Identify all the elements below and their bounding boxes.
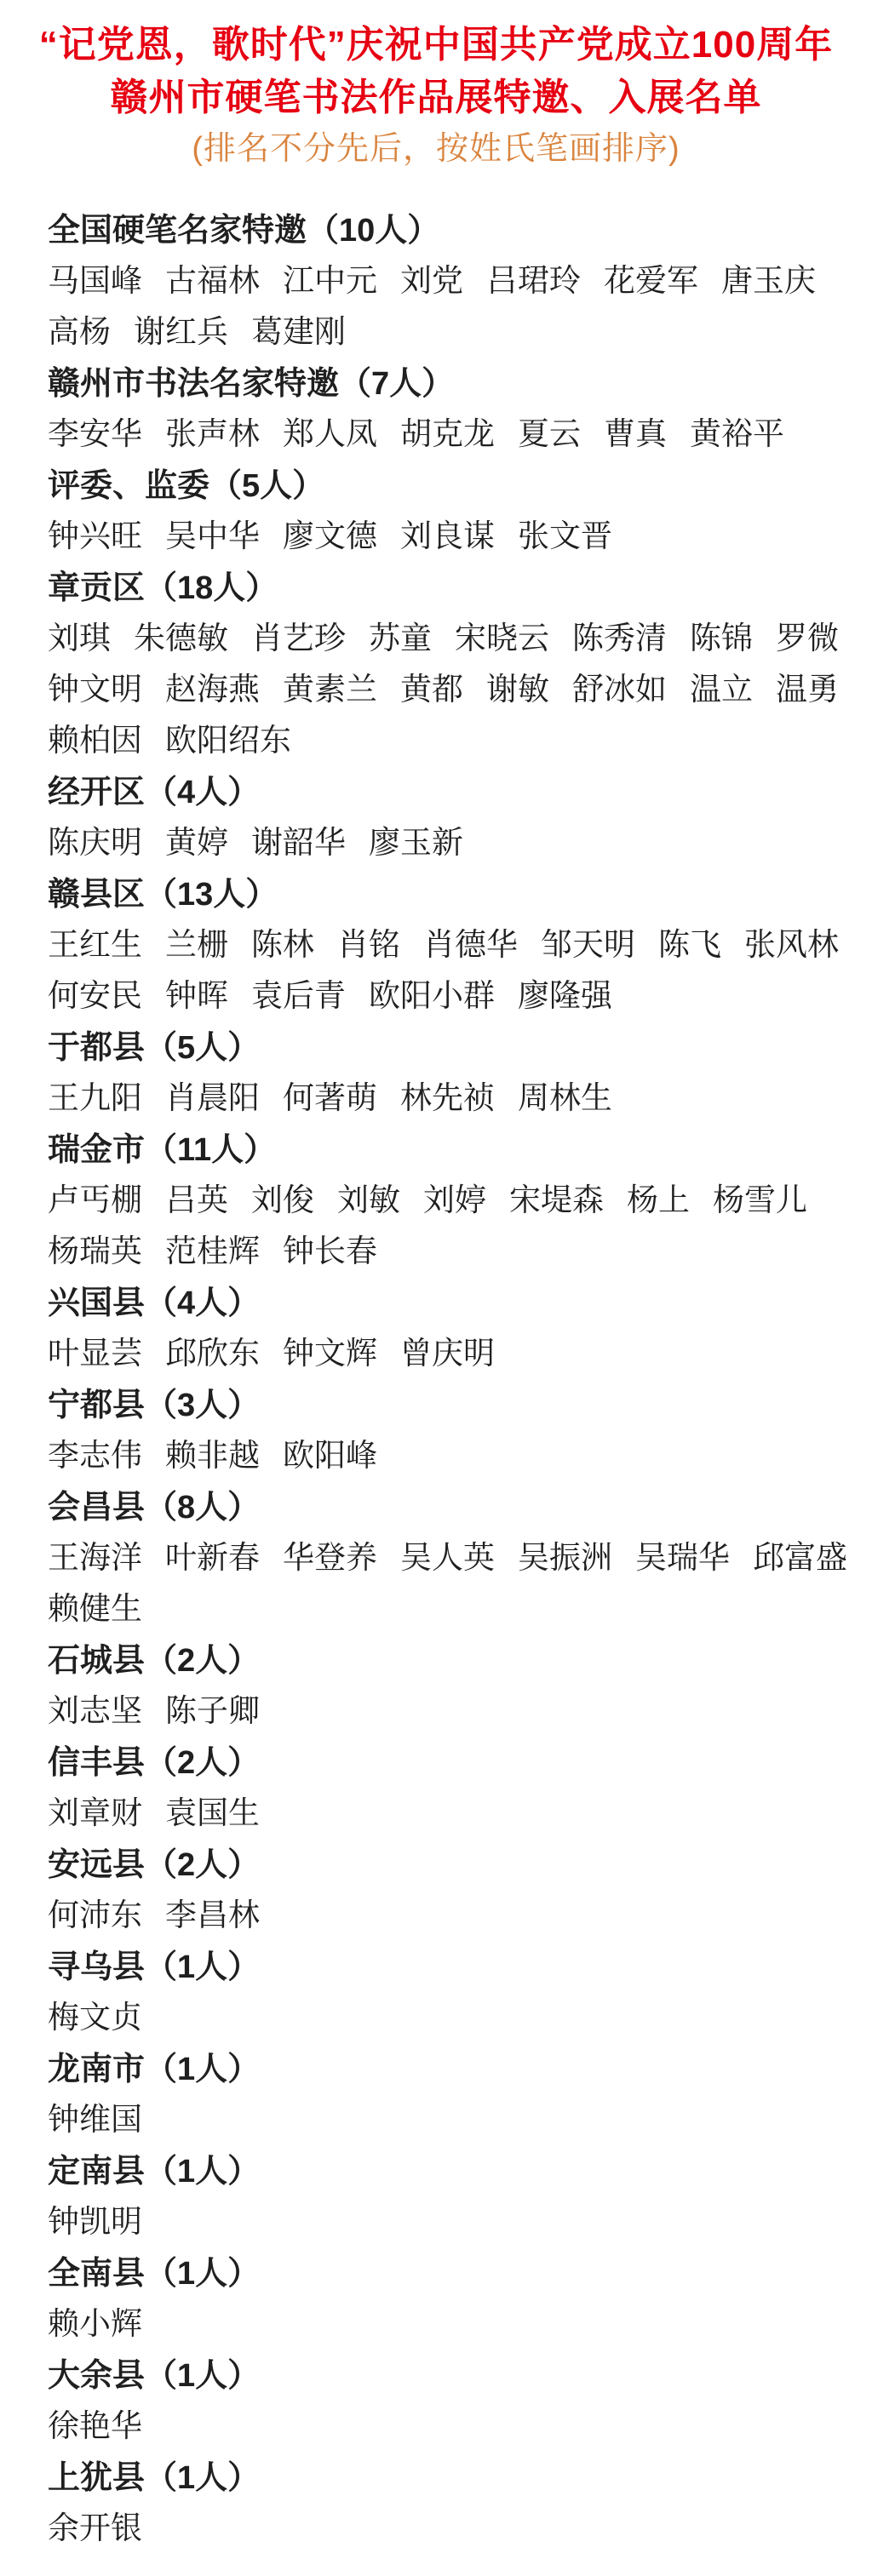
person-name: 范桂辉 xyxy=(165,1225,260,1271)
name-row: 何沛东李昌林 xyxy=(48,1886,857,1938)
person-name: 温勇 xyxy=(776,663,839,709)
person-name: 叶显芸 xyxy=(48,1327,142,1373)
person-name: 谢敏 xyxy=(486,663,549,709)
person-name: 何沛东 xyxy=(48,1889,142,1935)
person-name: 叶新春 xyxy=(165,1531,260,1577)
person-name: 邹天明 xyxy=(541,919,635,965)
person-name: 赖小辉 xyxy=(48,2298,142,2344)
person-name: 郑人凤 xyxy=(283,408,377,454)
page-subtitle: (排名不分先后，按姓氏笔画排序) xyxy=(0,124,872,174)
section-heading: 全国硬笔名家特邀（10人） xyxy=(48,201,857,252)
name-row: 马国峰古福林江中元刘党吕珺玲花爱军唐玉庆 xyxy=(48,252,857,303)
person-name: 王海洋 xyxy=(48,1531,142,1577)
person-name: 黄都 xyxy=(400,663,463,709)
person-name: 唐玉庆 xyxy=(721,255,816,301)
person-name: 徐艳华 xyxy=(48,2400,142,2446)
person-name: 刘俊 xyxy=(251,1174,314,1220)
section-heading: 寻乌县（1人） xyxy=(48,1938,857,1989)
person-name: 宋晓云 xyxy=(455,612,549,658)
name-row: 李安华张声林郑人凤胡克龙夏云曹真黄裕平 xyxy=(48,405,857,456)
name-list: 全国硬笔名家特邀（10人）马国峰古福林江中元刘党吕珺玲花爱军唐玉庆高杨谢红兵葛建… xyxy=(0,201,872,2550)
person-name: 谢韶华 xyxy=(251,816,346,862)
person-name: 花爱军 xyxy=(604,255,698,301)
person-name: 钟兴旺 xyxy=(48,510,142,556)
person-name: 温立 xyxy=(690,663,753,709)
person-name: 钟长春 xyxy=(283,1225,377,1271)
name-row: 刘琪朱德敏肖艺珍苏童宋晓云陈秀清陈锦罗微 xyxy=(48,610,857,661)
name-row: 杨瑞英范桂辉钟长春 xyxy=(48,1222,857,1274)
page-title-line2: 赣州市硬笔书法作品展特邀、入展名单 xyxy=(0,72,872,124)
person-name: 兰栅 xyxy=(165,919,228,965)
name-row: 梅文贞 xyxy=(48,1989,857,2040)
document-header: “记党恩，歌时代”庆祝中国共产党成立100周年 赣州市硬笔书法作品展特邀、入展名… xyxy=(0,0,872,174)
section-heading: 安远县（2人） xyxy=(48,1835,857,1886)
name-row: 钟维国 xyxy=(48,2091,857,2142)
section-heading: 兴国县（4人） xyxy=(48,1274,857,1325)
person-name: 卢丐棚 xyxy=(48,1174,142,1220)
person-name: 李昌林 xyxy=(165,1889,260,1935)
person-name: 余开银 xyxy=(48,2502,142,2548)
person-name: 肖艺珍 xyxy=(251,612,346,658)
person-name: 吴瑞华 xyxy=(635,1531,730,1577)
person-name: 何著萌 xyxy=(283,1072,377,1118)
person-name: 肖晨阳 xyxy=(165,1072,260,1118)
section-heading: 会昌县（8人） xyxy=(48,1478,857,1529)
person-name: 刘志坚 xyxy=(48,1685,142,1731)
name-row: 王九阳肖晨阳何著萌林先祯周林生 xyxy=(48,1069,857,1120)
person-name: 钟文辉 xyxy=(283,1327,377,1373)
person-name: 肖德华 xyxy=(423,919,518,965)
name-row: 赖小辉 xyxy=(48,2295,857,2346)
person-name: 赖柏因 xyxy=(48,714,142,760)
name-row: 徐艳华 xyxy=(48,2397,857,2448)
section-heading: 章贡区（18人） xyxy=(48,558,857,610)
person-name: 陈锦 xyxy=(690,612,753,658)
person-name: 赖非越 xyxy=(165,1429,260,1475)
page-title-line1: “记党恩，歌时代”庆祝中国共产党成立100周年 xyxy=(0,19,872,72)
section-heading: 宁都县（3人） xyxy=(48,1376,857,1427)
person-name: 朱德敏 xyxy=(134,612,228,658)
person-name: 陈飞 xyxy=(658,919,721,965)
section-heading: 赣县区（13人） xyxy=(48,865,857,916)
name-row: 钟文明赵海燕黄素兰黄都谢敏舒冰如温立温勇 xyxy=(48,661,857,712)
person-name: 张文晋 xyxy=(518,510,612,556)
section-heading: 信丰县（2人） xyxy=(48,1733,857,1784)
name-row: 叶显芸邱欣东钟文辉曾庆明 xyxy=(48,1325,857,1376)
name-row: 李志伟赖非越欧阳峰 xyxy=(48,1427,857,1478)
section-heading: 经开区（4人） xyxy=(48,763,857,814)
person-name: 黄裕平 xyxy=(690,408,784,454)
person-name: 欧阳小群 xyxy=(369,970,495,1016)
person-name: 刘婷 xyxy=(423,1174,486,1220)
person-name: 苏童 xyxy=(369,612,432,658)
person-name: 邱欣东 xyxy=(165,1327,260,1373)
person-name: 杨上 xyxy=(627,1174,690,1220)
person-name: 林先祯 xyxy=(400,1072,495,1118)
section-heading: 赣州市书法名家特邀（7人） xyxy=(48,354,857,405)
name-row: 刘志坚陈子卿 xyxy=(48,1682,857,1733)
person-name: 赵海燕 xyxy=(165,663,260,709)
section-heading: 瑞金市（11人） xyxy=(48,1120,857,1171)
person-name: 舒冰如 xyxy=(572,663,667,709)
person-name: 钟文明 xyxy=(48,663,142,709)
person-name: 欧阳峰 xyxy=(283,1429,377,1475)
section-heading: 定南县（1人） xyxy=(48,2142,857,2193)
person-name: 张声林 xyxy=(165,408,260,454)
name-row: 钟凯明 xyxy=(48,2193,857,2244)
name-row: 陈庆明黄婷谢韶华廖玉新 xyxy=(48,814,857,865)
person-name: 梅文贞 xyxy=(48,1991,142,2037)
person-name: 邱富盛 xyxy=(753,1531,847,1577)
person-name: 宋堤森 xyxy=(509,1174,604,1220)
person-name: 王九阳 xyxy=(48,1072,142,1118)
person-name: 吴人英 xyxy=(400,1531,495,1577)
name-row: 余开银 xyxy=(48,2499,857,2550)
person-name: 江中元 xyxy=(283,255,377,301)
person-name: 曾庆明 xyxy=(400,1327,495,1373)
person-name: 赖健生 xyxy=(48,1583,142,1629)
person-name: 刘敏 xyxy=(337,1174,400,1220)
person-name: 吴振洲 xyxy=(518,1531,612,1577)
person-name: 刘章财 xyxy=(48,1787,142,1833)
section-heading: 大余县（1人） xyxy=(48,2346,857,2397)
announcement-page: “记党恩，歌时代”庆祝中国共产党成立100周年 赣州市硬笔书法作品展特邀、入展名… xyxy=(0,0,872,2576)
person-name: 吕英 xyxy=(165,1174,228,1220)
person-name: 廖文德 xyxy=(283,510,377,556)
name-row: 高杨谢红兵葛建刚 xyxy=(48,303,857,354)
person-name: 周林生 xyxy=(518,1072,612,1118)
person-name: 吕珺玲 xyxy=(486,255,581,301)
person-name: 华登养 xyxy=(283,1531,377,1577)
section-heading: 评委、监委（5人） xyxy=(48,456,857,507)
person-name: 李志伟 xyxy=(48,1429,142,1475)
person-name: 肖铭 xyxy=(337,919,400,965)
person-name: 古福林 xyxy=(165,255,260,301)
section-heading: 上犹县（1人） xyxy=(48,2448,857,2499)
section-heading: 全南县（1人） xyxy=(48,2244,857,2295)
section-heading: 石城县（2人） xyxy=(48,1631,857,1682)
person-name: 张风林 xyxy=(744,919,839,965)
person-name: 何安民 xyxy=(48,970,142,1016)
person-name: 葛建刚 xyxy=(251,306,346,352)
section-heading: 龙南市（1人） xyxy=(48,2040,857,2091)
person-name: 谢红兵 xyxy=(134,306,228,352)
name-row: 王红生兰栅陈林肖铭肖德华邹天明陈飞张风林 xyxy=(48,916,857,967)
person-name: 高杨 xyxy=(48,306,111,352)
person-name: 陈庆明 xyxy=(48,816,142,862)
person-name: 胡克龙 xyxy=(400,408,495,454)
person-name: 黄素兰 xyxy=(283,663,377,709)
person-name: 钟凯明 xyxy=(48,2195,142,2241)
person-name: 罗微 xyxy=(776,612,839,658)
person-name: 陈子卿 xyxy=(165,1685,260,1731)
person-name: 廖隆强 xyxy=(518,970,612,1016)
person-name: 廖玉新 xyxy=(369,816,463,862)
person-name: 黄婷 xyxy=(165,816,228,862)
person-name: 钟维国 xyxy=(48,2093,142,2139)
person-name: 袁国生 xyxy=(165,1787,260,1833)
person-name: 陈秀清 xyxy=(572,612,667,658)
person-name: 王红生 xyxy=(48,919,142,965)
person-name: 袁后青 xyxy=(251,970,346,1016)
person-name: 李安华 xyxy=(48,408,142,454)
person-name: 陈林 xyxy=(251,919,314,965)
person-name: 杨雪儿 xyxy=(713,1174,807,1220)
name-row: 钟兴旺吴中华廖文德刘良谋张文晋 xyxy=(48,507,857,558)
person-name: 杨瑞英 xyxy=(48,1225,142,1271)
person-name: 钟晖 xyxy=(165,970,228,1016)
person-name: 夏云 xyxy=(518,408,581,454)
name-row: 赖柏因欧阳绍东 xyxy=(48,712,857,763)
name-row: 王海洋叶新春华登养吴人英吴振洲吴瑞华邱富盛 xyxy=(48,1529,857,1580)
section-heading: 于都县（5人） xyxy=(48,1018,857,1069)
name-row: 卢丐棚吕英刘俊刘敏刘婷宋堤森杨上杨雪儿 xyxy=(48,1171,857,1222)
person-name: 欧阳绍东 xyxy=(165,714,291,760)
name-row: 刘章财袁国生 xyxy=(48,1784,857,1835)
name-row: 赖健生 xyxy=(48,1580,857,1631)
person-name: 吴中华 xyxy=(165,510,260,556)
person-name: 刘党 xyxy=(400,255,463,301)
person-name: 刘良谋 xyxy=(400,510,495,556)
person-name: 曹真 xyxy=(604,408,667,454)
name-row: 何安民钟晖袁后青欧阳小群廖隆强 xyxy=(48,967,857,1018)
person-name: 刘琪 xyxy=(48,612,111,658)
person-name: 马国峰 xyxy=(48,255,142,301)
